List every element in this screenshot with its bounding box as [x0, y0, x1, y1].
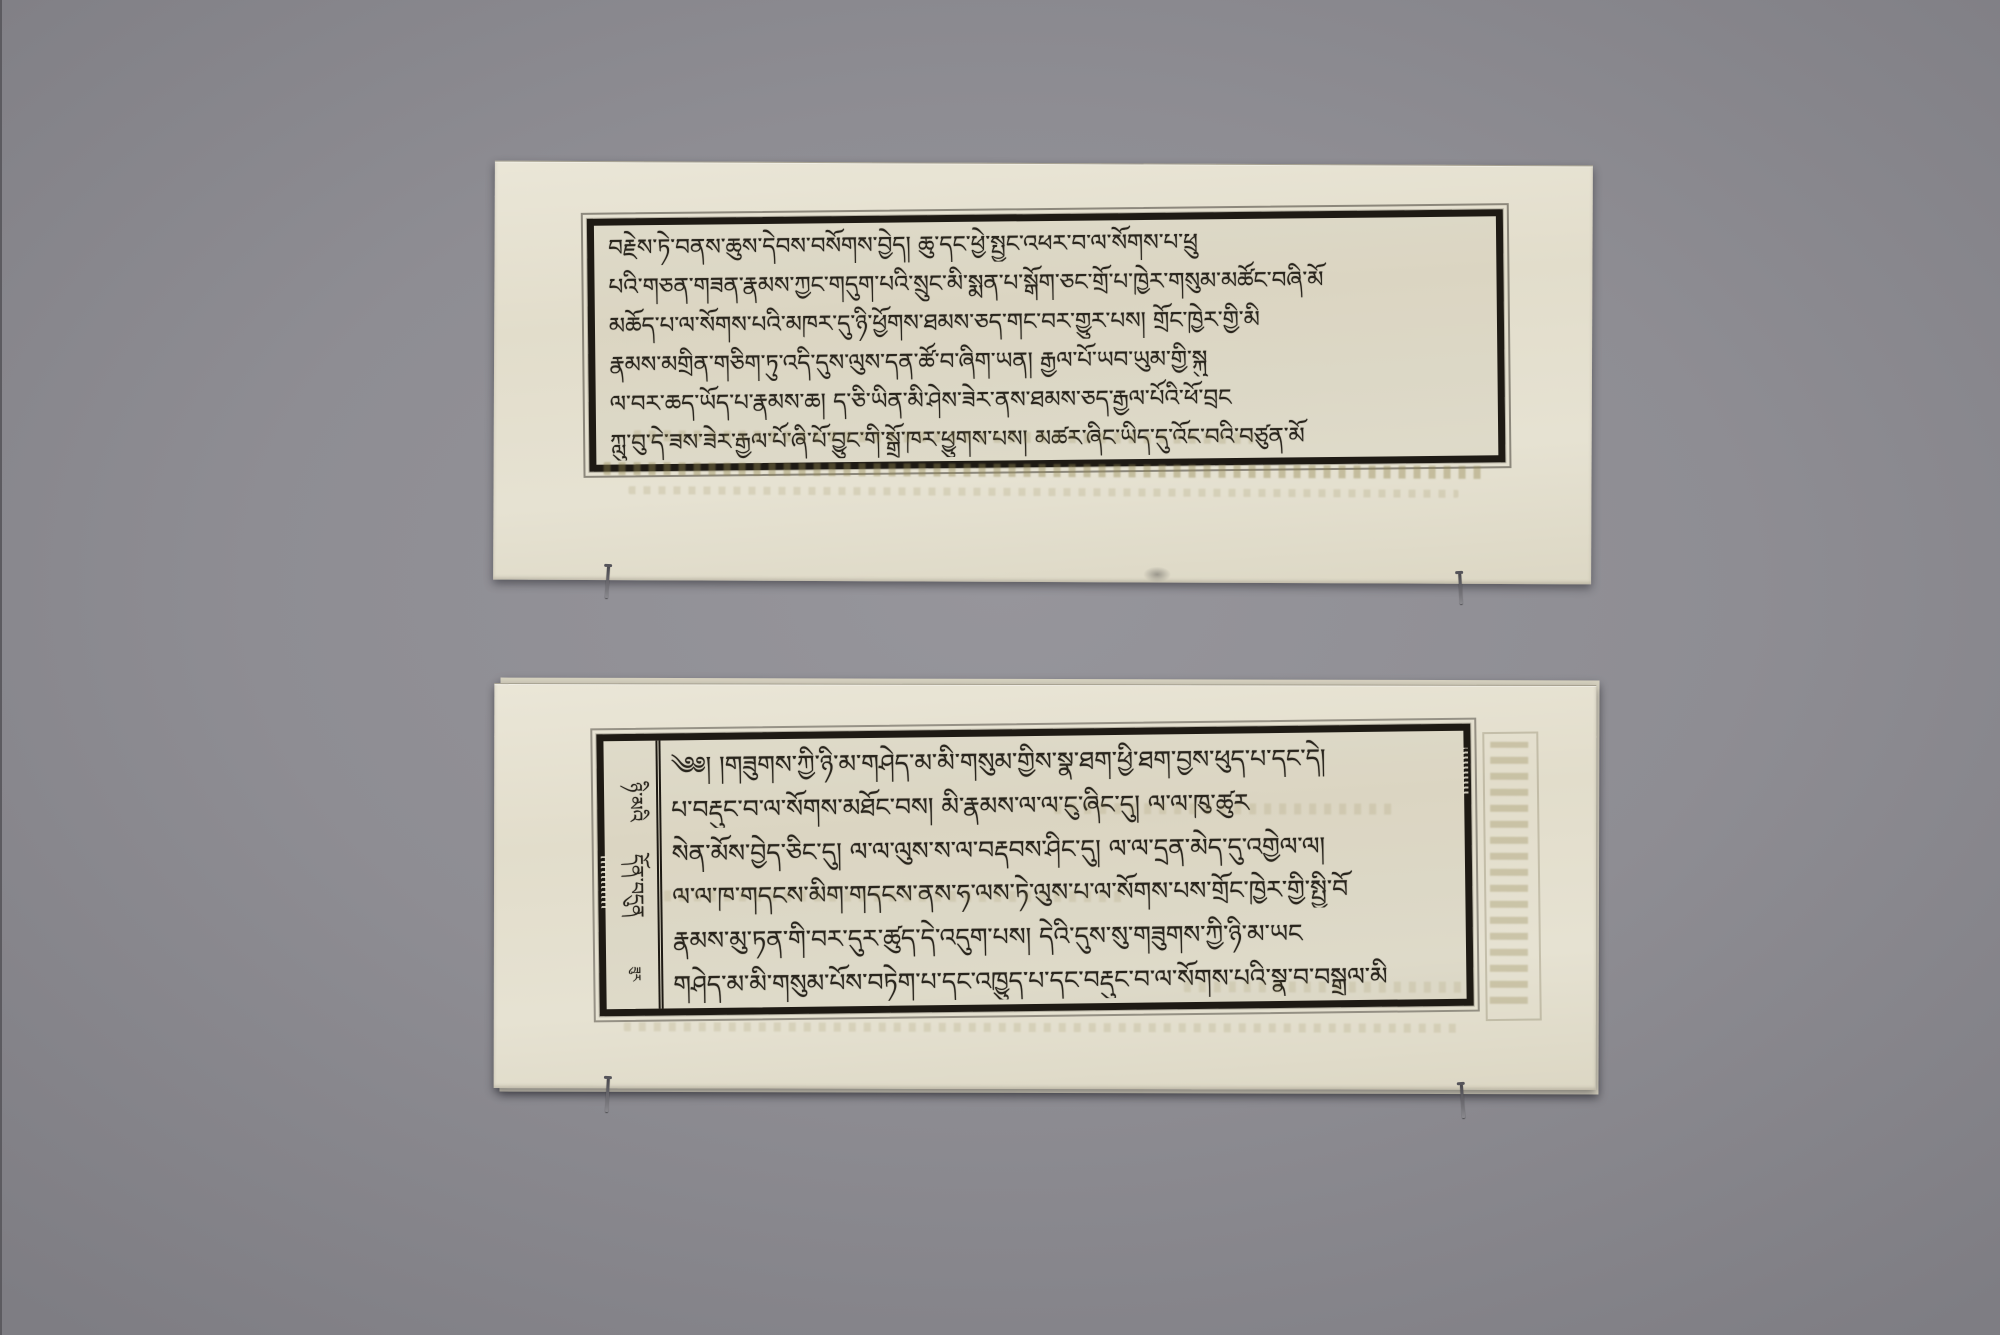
ghost-impression	[1184, 981, 1464, 992]
text-line: ལ་བར་ཆད་ཡོད་པ་རྣམས་ཆ། ད་ཅི་ཡིན་མི་ཤེས་ཟེ…	[610, 375, 1488, 421]
margin-mark: ཟུར	[615, 966, 649, 981]
text-line: མཆོད་པ་ལ་སོགས་པའི་མཁར་དུ་ཉི་ཕྱོགས་ཐམས་ཅད…	[609, 297, 1487, 343]
text-line: གཤེད་མ་མི་གསུམ་པོས་བཏེག་པ་དང་འཁྱུད་པ་དང་…	[673, 954, 1458, 1004]
print-block-frame: ཉི་མའི དོན་བདུན ཟུར ༄༅། །གཟུགས་ཀྱི་ཉི་མ་…	[596, 724, 1473, 1017]
text-line: བརྗེས་ཏེ་བནས་ཆུས་དེབས་བསོགས་བྱེད། ཆུ་དང་…	[608, 219, 1486, 265]
ghost-impression	[664, 890, 1124, 902]
text-line: སེན་མོས་བྱེད་ཅིང་དུ། ལ་ལ་ལུས་ས་ལ་བརྡབས་ཤ…	[672, 822, 1457, 872]
photo-background: བརྗེས་ཏེ་བནས་ཆུས་དེབས་བསོགས་བྱེད། ཆུ་དང་…	[0, 0, 2000, 1335]
ghost-impression	[624, 1022, 1464, 1032]
text-line: ༄༅། །གཟུགས་ཀྱི་ཉི་མ་གཤེད་མ་མི་གསུམ་གྱིས་…	[670, 735, 1455, 785]
text-line: པའི་གཅན་གཟན་རྣམས་ཀྱང་གདུག་པའི་སྲུང་མི་སྨ…	[608, 258, 1486, 304]
margin-title-column: ཉི་མའི དོན་བདུན ཟུར	[603, 741, 663, 1010]
border-micro-marks	[1463, 748, 1469, 794]
manuscript-leaf-bottom: ཉི་མའི དོན་བདུན ཟུར ༄༅། །གཟུགས་ཀྱི་ཉི་མ་…	[494, 683, 1597, 1090]
margin-title-lower: དོན་བདུན	[604, 854, 659, 918]
margin-title-upper: ཉི་མའི	[603, 782, 657, 822]
ghost-impression	[1054, 803, 1394, 815]
mounting-pin	[605, 1078, 610, 1112]
ghost-impression	[628, 486, 1458, 498]
ghost-impression	[604, 462, 1484, 479]
border-micro-marks	[601, 856, 607, 908]
ink-smudge	[1143, 566, 1171, 582]
text-area: ༄༅། །གཟུགས་ཀྱི་ཉི་མ་གཤེད་མ་མི་གསུམ་གྱིས་…	[660, 731, 1466, 1009]
text-line: རྣམས་མགྲིན་གཅིག་ཏུ་འདི་དུས་ལུས་དན་ཚོ་བ་ཞ…	[609, 336, 1487, 382]
text-line: རྣམས་མུ་ཏན་གི་བར་དུར་ཚུད་དེ་འདུག་པས། དེའ…	[673, 910, 1458, 960]
manuscript-leaf-top: བརྗེས་ཏེ་བནས་ཆུས་དེབས་བསོགས་བྱེད། ཆུ་དང་…	[493, 161, 1593, 585]
ghost-impression	[1490, 742, 1528, 1004]
